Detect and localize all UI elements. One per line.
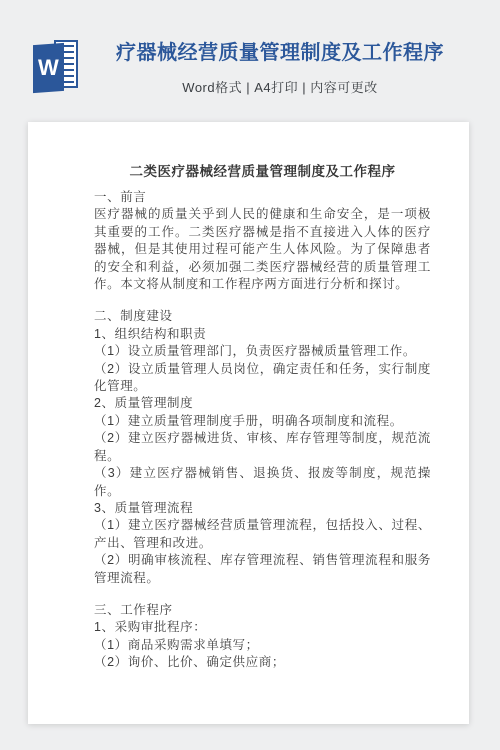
- page-title: 疗器械经营质量管理制度及工作程序: [78, 40, 482, 66]
- doc-block-para: 医疗器械的质量关乎到人民的健康和生命安全，是一项极其重要的工作。二类医疗器械是指…: [94, 206, 431, 293]
- word-icon-letter: W: [38, 57, 59, 79]
- doc-block-para: （1）商品采购需求单填写；: [94, 637, 431, 654]
- doc-block-para: （2）明确审核流程、库存管理流程、销售管理流程和服务管理流程。: [94, 552, 431, 587]
- doc-block-para: （1）设立质量管理部门，负责医疗器械质量管理工作。: [94, 343, 431, 360]
- doc-block-heading: 一、前言: [94, 189, 431, 206]
- word-icon-panel: W: [33, 43, 64, 93]
- doc-block-para: （2）设立质量管理人员岗位，确定责任和任务，实行制度化管理。: [94, 361, 431, 396]
- page-root: W 疗器械经营质量管理制度及工作程序 Word格式 | A4打印 | 内容可更改…: [0, 0, 500, 750]
- word-icon: W: [33, 40, 78, 95]
- doc-block-para: （1）建立质量管理制度手册，明确各项制度和流程。: [94, 413, 431, 430]
- doc-block-heading: 二、制度建设: [94, 308, 431, 325]
- header: W 疗器械经营质量管理制度及工作程序 Word格式 | A4打印 | 内容可更改: [0, 0, 500, 122]
- header-text: 疗器械经营质量管理制度及工作程序 Word格式 | A4打印 | 内容可更改: [78, 40, 482, 96]
- doc-block-para: （1）建立医疗器械经营质量管理流程，包括投入、过程、产出、管理和改进。: [94, 517, 431, 552]
- document-title: 二类医疗器械经营质量管理制度及工作程序: [94, 163, 431, 181]
- doc-block-para: （2）询价、比价、确定供应商；: [94, 654, 431, 671]
- document-body: 一、前言医疗器械的质量关乎到人民的健康和生命安全，是一项极其重要的工作。二类医疗…: [94, 189, 431, 672]
- doc-block-line: 1、采购审批程序：: [94, 619, 431, 636]
- doc-block-heading: 三、工作程序: [94, 602, 431, 619]
- doc-block-spacer: [94, 587, 431, 602]
- doc-block-para: （2）建立医疗器械进货、审核、库存管理等制度，规范流程。: [94, 430, 431, 465]
- document-page: 二类医疗器械经营质量管理制度及工作程序 一、前言医疗器械的质量关乎到人民的健康和…: [28, 122, 469, 724]
- doc-block-line: 3、质量管理流程: [94, 500, 431, 517]
- doc-block-line: 1、组织结构和职责: [94, 326, 431, 343]
- doc-block-para: （3）建立医疗器械销售、退换货、报废等制度，规范操作。: [94, 465, 431, 500]
- doc-block-spacer: [94, 293, 431, 308]
- doc-block-line: 2、质量管理制度: [94, 395, 431, 412]
- page-subtitle: Word格式 | A4打印 | 内容可更改: [78, 77, 482, 96]
